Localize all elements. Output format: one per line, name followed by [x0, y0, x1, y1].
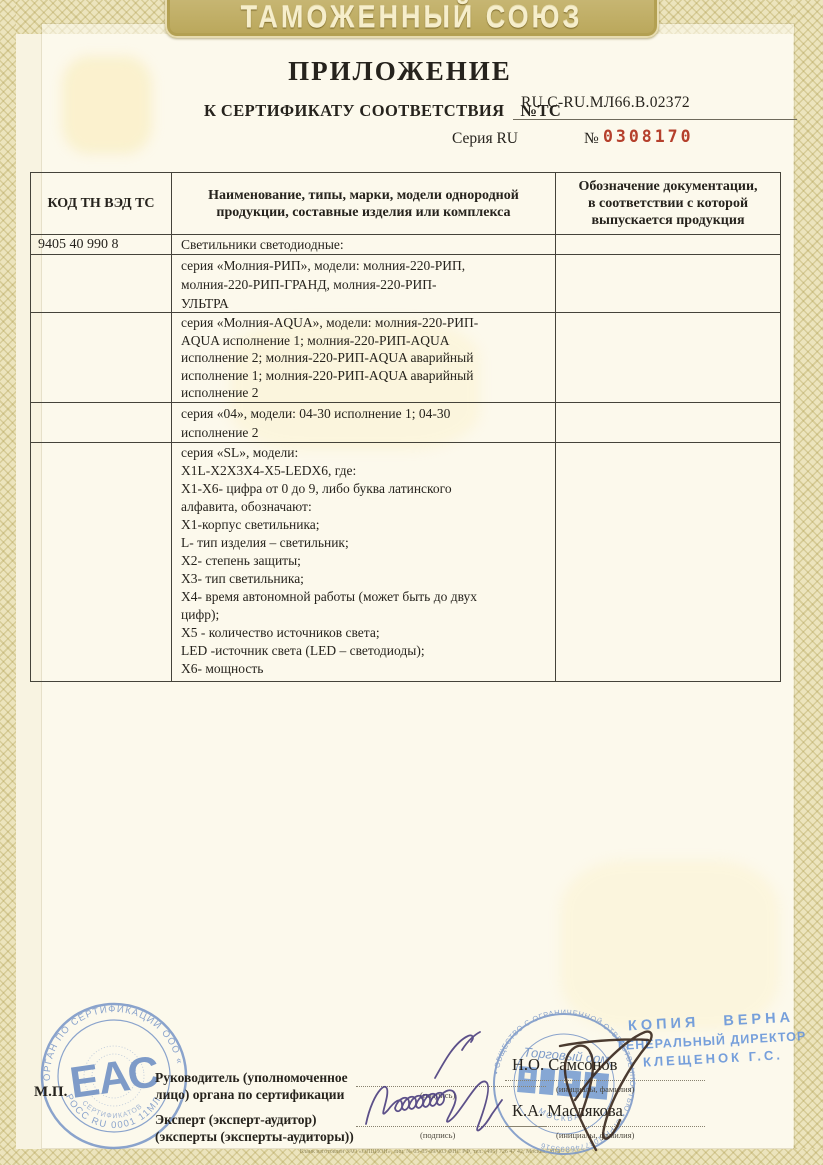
cell-docs-4 [556, 443, 780, 681]
col-header-code: КОД ТН ВЭД ТС [31, 173, 172, 235]
cell-name-0: Светильники светодиодные: [172, 235, 556, 255]
certificate-number-underline [513, 119, 797, 120]
border-right [793, 0, 823, 1165]
cell-code-0: 9405 40 990 8 [31, 235, 172, 255]
cell-docs-0 [556, 235, 780, 255]
certificate-reference-line: К СЕРТИФИКАТУ СООТВЕТСТВИЯ №ТС [204, 101, 561, 121]
certificate-label: К СЕРТИФИКАТУ СООТВЕТСТВИЯ [204, 101, 505, 121]
certificate-appendix-page: ТАМОЖЕННЫЙ СОЮЗ ПРИЛОЖЕНИЕ К СЕРТИФИКАТУ… [0, 0, 823, 1165]
cell-docs-1 [556, 255, 780, 313]
serial-number: 0308170 [603, 127, 694, 146]
cell-name-3: серия «04», модели: 04-30 исполнение 1; … [172, 403, 556, 443]
col-header-name: Наименование, типы, марки, модели одноро… [172, 173, 556, 235]
series-label: Серия RU [452, 130, 518, 148]
eac-logo: ЕАС [67, 1047, 162, 1108]
cell-name-4: серия «SL», модели: X1L-X2X3X4-X5-LEDX6,… [172, 443, 556, 681]
cell-code-2 [31, 313, 172, 403]
signature-stroke-expert [366, 1081, 502, 1130]
customs-union-banner-text: ТАМОЖЕННЫЙ СОЮЗ [241, 0, 583, 36]
page-title: ПРИЛОЖЕНИЕ [0, 56, 800, 87]
certificate-number: RU C-RU.МЛ66.В.02372 [521, 94, 690, 112]
cell-docs-2 [556, 313, 780, 403]
signature-stroke-director [560, 1032, 652, 1150]
mp-label: М.П. [34, 1084, 67, 1101]
cell-docs-3 [556, 403, 780, 443]
cell-name-1: серия «Молния-РИП», модели: молния-220-Р… [172, 255, 556, 313]
number-sign: № [584, 130, 599, 148]
cell-code-4 [31, 443, 172, 681]
col-header-docs: Обозначение документации, в соответствии… [556, 173, 780, 235]
signature-stroke-head [435, 1032, 480, 1078]
customs-union-plaque: ТАМОЖЕННЫЙ СОЮЗ [165, 0, 659, 38]
handwritten-signatures [350, 1010, 680, 1160]
paper-stain [560, 860, 780, 1030]
border-left [0, 0, 16, 1165]
cell-code-3 [31, 403, 172, 443]
cell-name-2: серия «Молния-AQUA», модели: молния-220-… [172, 313, 556, 403]
product-table: КОД ТН ВЭД ТС Наименование, типы, марки,… [30, 172, 781, 682]
cell-code-1 [31, 255, 172, 313]
